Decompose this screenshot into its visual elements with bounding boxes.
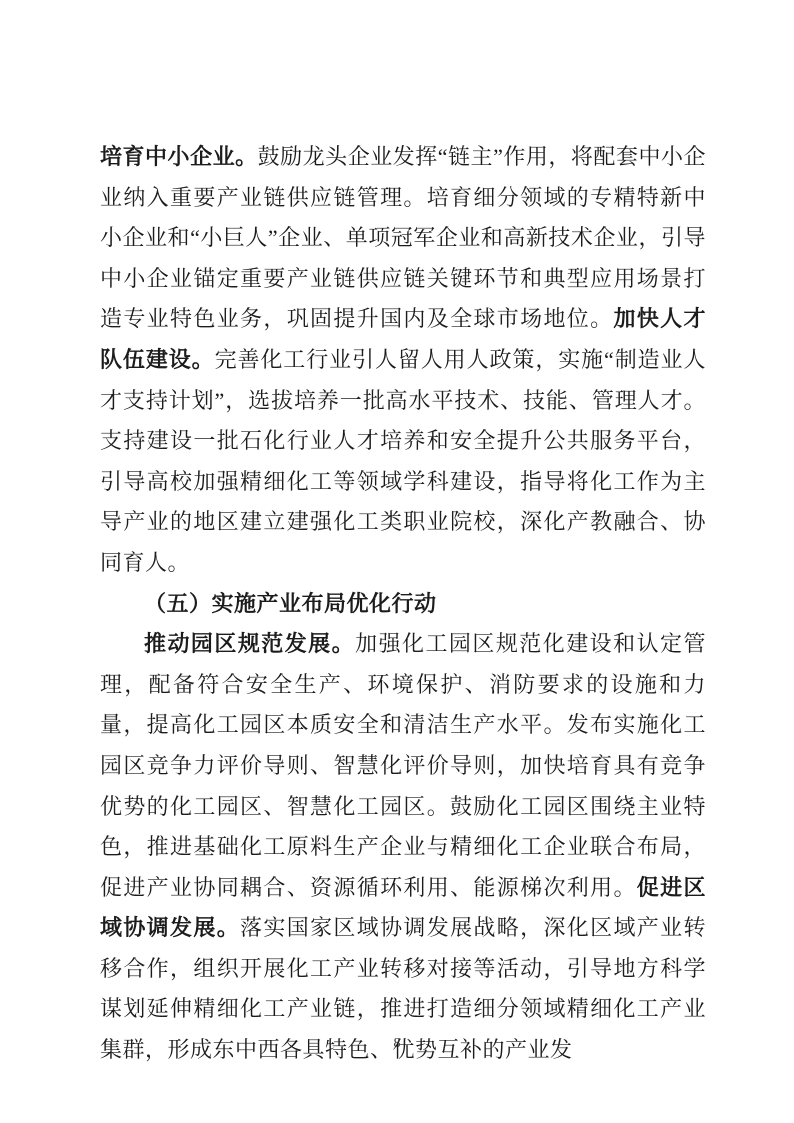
body-text: 培育中小企业。鼓励龙头企业发挥“链主”作用，将配套中小企业纳入重要产业链供应链管… bbox=[100, 137, 706, 1071]
text-run-bold: 培育中小企业。 bbox=[100, 144, 258, 169]
text-run: 加强化工园区规范化建设和认定管理，配备符合安全生产、环境保护、消防要求的设施和力… bbox=[100, 631, 706, 900]
text-run: 完善化工行业引人留人用人政策，实施“制造业人才支持计划”，选拔培养一批高水平技术… bbox=[100, 347, 706, 575]
document-page: 培育中小企业。鼓励龙头企业发挥“链主”作用，将配套中小企业纳入重要产业链供应链管… bbox=[0, 0, 794, 1123]
section-heading-5: （五）实施产业布局优化行动 bbox=[100, 584, 706, 625]
paragraph-cultivate-smes: 培育中小企业。鼓励龙头企业发挥“链主”作用，将配套中小企业纳入重要产业链供应链管… bbox=[100, 137, 706, 584]
text-run: 鼓励龙头企业发挥“链主”作用，将配套中小企业纳入重要产业链供应链管理。培育细分领… bbox=[100, 144, 706, 331]
text-run-bold: 推动园区规范发展。 bbox=[144, 631, 355, 656]
paragraph-industrial-parks: 推动园区规范发展。加强化工园区规范化建设和认定管理，配备符合安全生产、环境保护、… bbox=[100, 624, 706, 1071]
page-number: 8 bbox=[0, 1036, 794, 1052]
